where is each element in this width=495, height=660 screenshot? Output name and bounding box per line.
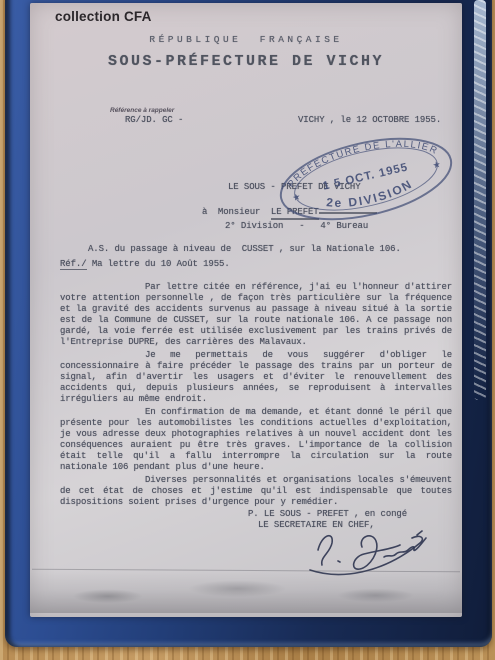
photo-bottom-smudge [30, 571, 462, 613]
letterhead-office: SOUS-PRÉFECTURE DE VICHY [30, 53, 462, 70]
stamp-star-left-icon: ★ [291, 191, 301, 203]
addressee-prefix: à Monsieur [202, 207, 271, 217]
reference-line: Réf./ Ma lettre du 10 Août 1955. [60, 259, 230, 269]
dateline: VICHY , le 12 OCTOBRE 1955. [298, 115, 441, 125]
letter-body: Par lettre citée en référence, j'ai eu l… [60, 282, 452, 510]
reference-text: Ma lettre du 10 Août 1955. [87, 259, 230, 269]
binder-spine-reflection [474, 0, 486, 400]
subject-line: A.S. du passage à niveau de CUSSET , sur… [88, 244, 401, 254]
reference-number: RG/JD. GC - [125, 115, 183, 125]
reference-caption: Référence à rappeler [110, 107, 174, 114]
collection-watermark: collection CFA [55, 9, 152, 24]
letterhead-republic: RÉPUBLIQUE FRANÇAISE [30, 34, 462, 45]
paragraph-3: En confirmation de ma demande, et étant … [60, 407, 452, 473]
paragraph-2: Je me permettais de vous suggérer d'obli… [60, 350, 452, 405]
reference-label: Réf./ [60, 259, 87, 270]
paragraph-1: Par lettre citée en référence, j'ai eu l… [60, 282, 452, 348]
paragraph-4: Diverses personnalités et organisations … [60, 475, 452, 508]
stamp-star-right-icon: ★ [432, 159, 442, 171]
letter-photograph: collection CFA RÉPUBLIQUE FRANÇAISE SOUS… [30, 3, 462, 617]
